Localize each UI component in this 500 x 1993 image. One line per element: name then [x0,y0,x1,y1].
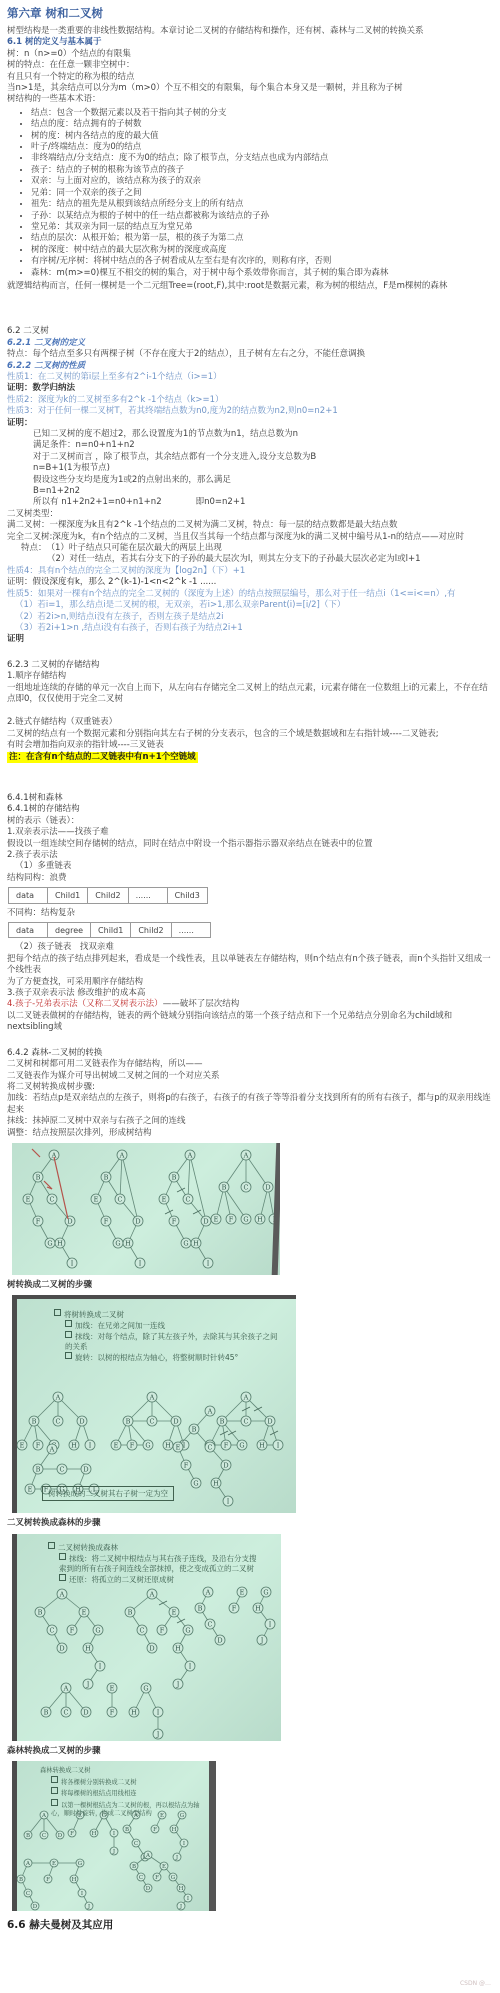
svg-text:A: A [119,1151,125,1159]
svg-text:F: F [153,1827,157,1833]
proof-5: 证明 [7,634,492,645]
paragraph: 假设以一组连续空间存储树的结点，同时在结点中附设一个指示器指示器双亲结点在链表中… [7,839,492,850]
photo-step-text: 二叉树转换成森林 抹线：将二叉树中根结点与其右孩子连线，及沿右分支搜索到的所有右… [48,1542,260,1585]
photo-step-line: 将各棵树分别转换成二叉树 [61,1779,137,1786]
list-item: 叶子/终端结点：度为0的结点 [31,142,492,153]
photo-step-line: 二叉树转换成森林 [58,1543,118,1552]
property-1: 性质1：在二叉树的第i层上至多有2^i-1个结点（i>=1） [7,372,492,383]
svg-text:B: B [36,1173,41,1181]
paragraph: 为了方便查找，可采用顺序存储结构 [7,977,492,988]
svg-text:I: I [71,1259,74,1267]
list-item: 孩子：结点的子树的根称为该节点的孩子 [31,165,492,176]
svg-text:G: G [183,1239,188,1247]
checkbox-icon [51,1799,58,1806]
svg-text:I: I [139,1259,142,1267]
svg-text:J: J [175,1855,178,1861]
svg-text:F: F [184,1462,189,1470]
photo-step-line: 抹线：对每个结点，除了其左孩子外，去除其与其余孩子之间的关系 [65,1332,278,1351]
svg-text:H: H [257,1215,263,1223]
child-sibling-row: 4.孩子-兄弟表示法（又称二叉树表示法）——破坏了层次结构 [7,999,492,1010]
photo-step-line: 将每棵树的根结点用线相连 [61,1790,137,1797]
svg-text:I: I [157,1708,160,1716]
section-623-heading: 6.2.3 二叉树的存储结构 [7,660,492,671]
section-61-heading: 6.1 树的定义与基本属于 [7,37,492,48]
paragraph: 将二叉树转换成树步骤: [7,1082,492,1093]
svg-text:J: J [86,1680,90,1688]
checkbox-icon [51,1776,58,1783]
svg-text:I: I [187,1896,189,1902]
table-cell: Child1 [91,923,131,938]
svg-text:A: A [205,1588,211,1596]
svg-text:G: G [143,1684,148,1692]
photo-step-text: 森林转换成二叉树 将各棵树分别转换成二叉树 将每棵树的根结点用线相连 以第一棵树… [40,1767,200,1819]
svg-text:H: H [165,1442,171,1450]
svg-text:A: A [49,1446,55,1454]
svg-text:F: F [36,1217,41,1225]
svg-text:E: E [94,1195,99,1203]
section-641-heading: 6.4.1树和森林 [7,793,492,804]
subheading: 2.链式存储结构（双重链表） [7,717,492,728]
checkbox-icon [65,1320,72,1327]
caption-forest-to-binary: 森林转换成二叉树的步骤 [7,1746,492,1757]
svg-text:B: B [32,1418,37,1426]
svg-text:C: C [244,1183,249,1191]
paragraph: 1.双亲表示法——找孩子难 [7,827,492,838]
paragraph: 有且只有一个特定的称为根的结点 [7,72,492,83]
feature-2: （2）对任一结点，若其右分支下的子孙的最大层次为l，则其左分支下的子孙最大层次必… [7,554,492,565]
photo-step-line: 以第一棵树根结点为二叉树的根，再以根结点为轴心，顺时针旋转，构成二叉树型结构 [51,1802,200,1818]
svg-text:D: D [33,1904,38,1910]
svg-text:H: H [172,1827,177,1833]
svg-text:J: J [112,1849,115,1855]
photo-step-line: 还原：将孤立的二叉树还原成树 [69,1575,174,1584]
svg-text:A: A [243,1394,249,1402]
paragraph: 不同构：结构复杂 [7,908,492,919]
svg-text:I: I [227,1498,230,1506]
svg-text:D: D [135,1217,140,1225]
section-641-subheading: 6.4.1树的存储结构 [7,804,492,815]
highlight-note: 注：在含有n个结点的二叉链表中有n+1个空链域 [7,752,198,763]
proof-4: 证明：假设深度有k，那么 2^(k-1)-1<n<2^k -1 ...... [7,577,492,588]
table-cell: Child3 [167,888,207,903]
photo-step-line: 将树转换成二叉树 [64,1310,124,1319]
list-item: 树的度：树内各结点的度的最大值 [31,131,492,142]
full-binary-tree: 满二叉树：一棵深度为k且有2^k -1个结点的二叉树为满二叉树，特点：每一层的结… [7,520,492,531]
intro-paragraph: 树型结构是一类重要的非线性数据结构。本章讨论二叉树的存储结构和操作，还有树、森林… [7,26,492,37]
svg-text:F: F [172,1217,177,1225]
svg-text:F: F [232,1604,237,1612]
table-cell: data [9,923,48,938]
svg-text:F: F [104,1217,109,1225]
svg-text:E: E [176,1444,181,1452]
svg-text:G: G [115,1239,120,1247]
svg-text:H: H [57,1239,63,1247]
svg-text:A: A [59,1590,65,1598]
svg-text:E: E [28,1486,33,1494]
table-cell: Child2 [88,888,128,903]
csdn-watermark: CSDN @… [460,1978,491,1989]
paper-edge [209,1761,216,1911]
term-list: 结点：包含一个数据元素以及若干指向其子树的分支结点的度：结点拥有的子树数树的度：… [7,108,492,279]
photo-note-box: 树转换成的二叉树其右子树一定为空 [42,1486,174,1501]
svg-text:C: C [50,1195,55,1203]
proof-3-label: 证明： [7,418,492,429]
svg-text:G: G [263,1588,268,1596]
table-cell: degree [48,923,91,938]
svg-text:H: H [125,1239,131,1247]
svg-text:E: E [214,1215,219,1223]
svg-text:E: E [20,1442,25,1450]
svg-text:D: D [146,1886,151,1892]
svg-text:G: G [145,1442,150,1450]
forest-to-binary-photo: ABCDEFGHIJABCDEFGHIJAEGBFHCIDJABECFGDHIJ… [12,1761,216,1911]
svg-text:B: B [19,1877,23,1883]
checkbox-icon [65,1331,72,1338]
tree-to-binary-photo: ABCDEFGHIABCDEFGHIABCDEFGHIABCDEFGHIABEC… [12,1295,296,1513]
proof-line: 已知二叉树的度不超过2，那么设置度为1的节点数为n1，结点总数为n [7,429,492,440]
svg-text:E: E [114,1442,119,1450]
svg-text:A: A [149,1590,155,1598]
svg-text:A: A [63,1684,69,1692]
photo-step-line: 旋转：以树的根结点为轴心，将整树顺时针转45° [75,1353,238,1362]
svg-text:D: D [79,1418,84,1426]
svg-text:I: I [81,1891,83,1897]
paragraph: 2.孩子表示法 [7,850,492,861]
svg-text:D: D [217,1636,222,1644]
paragraph: 二叉链表作为媒介可导出树域二叉树之间的一个对应关系 [7,1071,492,1082]
child-sibling-rest: ——破坏了层次结构 [163,999,240,1009]
paragraph: （2）孩子链表 找双亲难 [7,942,492,953]
svg-text:H: H [179,1886,184,1892]
paragraph: 以二叉链表做树的存储结构，链表的两个链域分别指向该结点的第一个孩子结点和下一个兄… [7,1011,492,1034]
svg-text:I: I [189,1662,192,1670]
paragraph: 就逻辑结构而言，任何一棵树是一个二元组Tree=(root,F),其中:root… [7,281,492,292]
svg-text:G: G [47,1239,52,1247]
multi-link-table-2: datadegreeChild1Child2...... [8,922,211,938]
list-item: 有序树/无序树：将树中结点的各子树看成从左至右是有次序的，则称有序，否则 [31,256,492,267]
checkbox-icon [54,1309,61,1316]
list-item: 祖先：结点的祖先是从根到该结点所经分支上的所有结点 [31,199,492,210]
svg-text:H: H [92,1831,97,1837]
svg-text:D: D [149,1644,154,1652]
svg-text:E: E [162,1864,166,1870]
svg-text:D: D [173,1418,178,1426]
svg-text:H: H [131,1708,137,1716]
svg-text:E: E [162,1195,167,1203]
svg-text:H: H [175,1644,181,1652]
svg-text:B: B [44,1708,49,1716]
proof-line: 所以有 n1+2n2+1=n0+n1+n2 即n0=n2+1 [7,497,492,508]
svg-text:H: H [213,1480,219,1488]
svg-text:H: H [71,1442,77,1450]
svg-text:C: C [140,1626,145,1634]
paragraph: 3.孩子双亲表示法 修改维护的成本高 [7,988,492,999]
paper-edge [12,1295,296,1299]
svg-text:A: A [187,1151,193,1159]
svg-text:I: I [99,1662,102,1670]
child-sibling-red: 4.孩子-兄弟表示法（又称二叉树表示法） [7,999,163,1009]
table-cell: data [9,888,48,903]
svg-text:C: C [139,1875,143,1881]
proof-line: 对于二叉树而言 ，除了根节点，其余结点都有一个分支进入,设分支总数为B [7,452,492,463]
svg-text:C: C [60,1466,65,1474]
svg-text:A: A [55,1394,61,1402]
property-5-item: （3）若2i+1>n ,结点i没有右孩子，否则右孩子为结点2i+1 [7,623,492,634]
svg-text:H: H [85,1644,91,1652]
svg-text:I: I [113,1831,115,1837]
complete-binary-tree: 完全二叉树:深度为k，有n个结点的二叉树，当且仅当其每一个结点都与深度为k的满二… [7,532,492,543]
section-642-heading: 6.4.2 森林-二叉树的转换 [7,1048,492,1059]
svg-text:G: G [193,1480,198,1488]
paragraph: 调整：结点按照层次排列，形成树结构 [7,1128,492,1139]
paragraph: 二叉树的结点有一个数据元素和分别指向其左右子树的分支表示，包含的三个域是数据域和… [7,729,492,740]
photo-step-line: 抹线：将二叉树中根结点与其右孩子连线，及沿右分支搜索到的所有右孩子间连线全部抹掉… [59,1554,257,1573]
svg-text:C: C [208,1620,213,1628]
list-item: 结点：包含一个数据元素以及若干指向其子树的分支 [31,108,492,119]
svg-text:G: G [243,1215,248,1223]
proof-line: 假设这些分支均是度为1或2的点射出来的，那么满足 [7,475,492,486]
types-label: 二叉树类型： [7,509,492,520]
svg-text:I: I [207,1259,210,1267]
highlight-note-row: 注：在含有n个结点的二叉链表中有n+1个空链域 [7,752,492,763]
caption-tree-to-binary: 树转换成二叉树的步骤 [7,1280,492,1291]
svg-text:I: I [277,1442,280,1450]
paper-edge [12,1295,17,1513]
photo-step-text: 将树转换成二叉树 加线：在兄弟之间加一连线 抹线：对每个结点，除了其左孩子外，去… [54,1309,284,1363]
property-4: 性质4：具有n个结点的完全二叉树的深度为【log2n】（下）+1 [7,566,492,577]
paragraph: 结构同构：浪费 [7,873,492,884]
svg-text:D: D [203,1217,208,1225]
section-621-heading: 6.2.1 二叉树的定义 [7,338,492,349]
property-2: 性质2：深度为k的二叉树至多有2^k -1个结点（k>=1） [7,395,492,406]
svg-text:I: I [89,1442,92,1450]
svg-text:J: J [176,1680,180,1688]
svg-text:F: F [130,1442,135,1450]
svg-text:D: D [58,1833,63,1839]
list-item: 堂兄弟：其双亲为同一层的结点互为堂兄弟 [31,222,492,233]
svg-text:G: G [171,1875,175,1881]
paragraph: （1）多重链表 [7,861,492,872]
svg-text:D: D [267,1418,272,1426]
svg-text:J: J [179,1904,182,1910]
svg-text:H: H [193,1239,199,1247]
table-cell: ...... [171,923,210,938]
svg-text:J: J [156,1730,160,1738]
checkbox-icon [51,1787,58,1794]
paragraph: 树结构的一些基本术语： [7,94,492,105]
proof-line: n=B+1(1为根节点) [7,463,492,474]
svg-text:B: B [38,1608,43,1616]
svg-text:F: F [70,1831,74,1837]
subheading: 1.顺序存储结构 [7,671,492,682]
svg-text:C: C [118,1195,123,1203]
svg-text:C: C [134,1841,138,1847]
svg-text:B: B [198,1604,203,1612]
svg-text:B: B [128,1608,133,1616]
table-cell: Child1 [48,888,88,903]
page-title: 第六章 树和二叉树 [7,6,492,21]
svg-text:G: G [95,1626,100,1634]
photo-step-line: 加线：在兄弟之间加一连线 [75,1321,165,1330]
paragraph: 一组地址连续的存储的单元一次自上而下，从左向右存储完全二叉树上的结点元素，i元素… [7,683,492,706]
list-item: 兄弟：同一个双亲的孩子之间 [31,188,492,199]
property-3: 性质3：对于任何一棵二叉树T，若其终端结点数为n0,度为2的结点数为n2,则n0… [7,406,492,417]
list-item: 双亲：与上面对应的，该结点称为孩子的双亲 [31,176,492,187]
svg-text:H: H [255,1604,261,1612]
document-page: 第六章 树和二叉树 树型结构是一类重要的非线性数据结构。本章讨论二叉树的存储结构… [0,0,500,1993]
feature-1: 特点： （1）叶子结点只可能在层次最大的两层上出现 [7,543,492,554]
property-5: 性质5：如果对一棵有n个结点的完全二叉树的（深度为上述）的结点按照层编号，那么对… [7,589,492,600]
paper-edge [12,1534,17,1741]
list-item: 非终端结点/分支结点：度不为0的结点；除了根节点，分支结点也成为内部结点 [31,153,492,164]
paragraph: 加线：若结点p是双亲结点的左孩子，则将p的右孩子，右孩子的有孩子等等沿着分支找到… [7,1093,492,1116]
proof-line: 满足条件：n=n0+n1+n2 [7,440,492,451]
svg-text:G: G [239,1442,244,1450]
multi-link-table-1: dataChild1Child2......Child3 [8,887,208,903]
svg-text:B: B [125,1827,129,1833]
svg-text:F: F [160,1626,165,1634]
svg-text:B: B [104,1173,109,1181]
svg-text:E: E [172,1608,177,1616]
proof-1: 证明：数学归纳法 [7,383,492,394]
table-cell: Child2 [131,923,171,938]
svg-text:I: I [269,1620,272,1628]
paragraph: 特点：每个结点至多只有两棵子树（不存在度大于2的结点），且子树有左右之分，不能任… [7,349,492,360]
section-62-heading: 6.2 二叉树 [7,326,492,337]
svg-text:F: F [224,1442,229,1450]
tree-diagram: ABECFGDHIABECFGDHIABECFGDHIABCDEFGHI [12,1143,280,1275]
svg-text:F: F [70,1626,75,1634]
svg-text:J: J [87,1904,90,1910]
table-row: dataChild1Child2......Child3 [9,888,208,903]
checkbox-icon [65,1352,72,1359]
table-cell: ...... [128,888,167,903]
section-622-heading: 6.2.2 二叉树的性质 [7,361,492,372]
svg-text:J: J [260,1636,264,1644]
svg-text:D: D [223,1462,228,1470]
property-5-item: （1）若i=1，那么结点i是二叉树的根，无双亲，若i>1,那么双亲Parent(… [7,600,492,611]
svg-text:C: C [42,1833,46,1839]
svg-text:B: B [172,1173,177,1181]
section-66-heading: 6.6 赫夫曼树及其应用 [7,1920,492,1931]
svg-text:D: D [59,1644,64,1652]
paragraph: 树的特点：在任意一颗非空树中： [7,60,492,71]
svg-text:E: E [52,1861,56,1867]
list-item: 树的深度：树中结点的最大层次称为树的深度或高度 [31,245,492,256]
proof-line: B=n1+2n2 [7,486,492,497]
svg-text:C: C [64,1708,69,1716]
svg-text:E: E [26,1195,31,1203]
svg-text:A: A [243,1151,249,1159]
svg-text:B: B [222,1183,227,1191]
paragraph: 抹线：抹掉原二叉树中双亲与右孩子之间的连线 [7,1116,492,1127]
list-item: 结点的度：结点拥有的子树数 [31,119,492,130]
list-item: 子孙：以某结点为根的子树中的任一结点都被称为该结点的子孙 [31,211,492,222]
svg-text:F: F [110,1708,115,1716]
paragraph: 二叉树和树都可用二叉链表作为存储结构，所以—— [7,1059,492,1070]
checkbox-icon [48,1542,55,1549]
svg-text:A: A [207,1408,213,1416]
svg-text:C: C [244,1418,249,1426]
svg-text:B: B [126,1418,131,1426]
svg-text:H: H [72,1877,77,1883]
svg-text:C: C [56,1418,61,1426]
svg-text:G: G [185,1626,190,1634]
paragraph: 有时会增加指向双亲的指针域----三叉链表 [7,740,492,751]
list-item: 森林：m(m>=0)棵互不相交的树的集合，对于树中每个系效带你而言，其子树的集合… [31,268,492,279]
svg-text:F: F [46,1877,50,1883]
checkbox-icon [59,1574,66,1581]
svg-text:C: C [26,1891,30,1897]
list-item: 结点的层次：从根开始；根为第一层，根的孩子为第二点 [31,233,492,244]
svg-text:F: F [229,1215,234,1223]
binary-to-forest-photo: ABECDFGHIJABECDFGHIJABCDEFGHIJABCDEFGHIJ… [12,1534,281,1741]
paragraph: 树的表示（链表）： [7,816,492,827]
svg-text:C: C [186,1195,191,1203]
svg-text:D: D [83,1466,88,1474]
paper-edge [12,1761,17,1911]
svg-text:B: B [192,1426,197,1434]
table-row: datadegreeChild1Child2...... [9,923,211,938]
svg-text:B: B [132,1864,136,1870]
binary-to-tree-photo: ABECFGDHIABECFGDHIABECFGDHIABCDEFGHI [12,1143,280,1275]
svg-text:G: G [78,1861,82,1867]
svg-text:D: D [83,1708,88,1716]
paragraph: 当n>1是，其余结点可以分为m（m>0）个互不相交的有限集，每个集合本身又是一颗… [7,83,492,94]
paragraph: 把每个结点的孩子结点排列起来，看成是一个线性表，且以单链表左存储结构，则n个结点… [7,954,492,977]
paragraph: 树：n（n>=0）个结点的有限集 [7,49,492,60]
svg-text:B: B [220,1418,225,1426]
svg-text:F: F [36,1442,41,1450]
svg-text:C: C [150,1418,155,1426]
caption-binary-to-forest: 二叉树转换成森林的步骤 [7,1518,492,1529]
svg-text:E: E [240,1588,245,1596]
svg-text:E: E [110,1684,115,1692]
svg-text:F: F [155,1875,159,1881]
checkbox-icon [59,1553,66,1560]
svg-text:I: I [183,1841,185,1847]
photo-step-line: 森林转换成二叉树 [40,1767,90,1774]
svg-text:E: E [82,1608,87,1616]
svg-text:D: D [265,1183,270,1191]
svg-text:C: C [208,1444,213,1452]
svg-text:C: C [50,1626,55,1634]
svg-text:B: B [36,1466,41,1474]
svg-text:B: B [26,1833,30,1839]
svg-text:H: H [259,1442,265,1450]
svg-text:A: A [149,1394,155,1402]
property-5-item: （2）若2i>n,则结点i没有左孩子，否则左孩子是结点2i [7,612,492,623]
